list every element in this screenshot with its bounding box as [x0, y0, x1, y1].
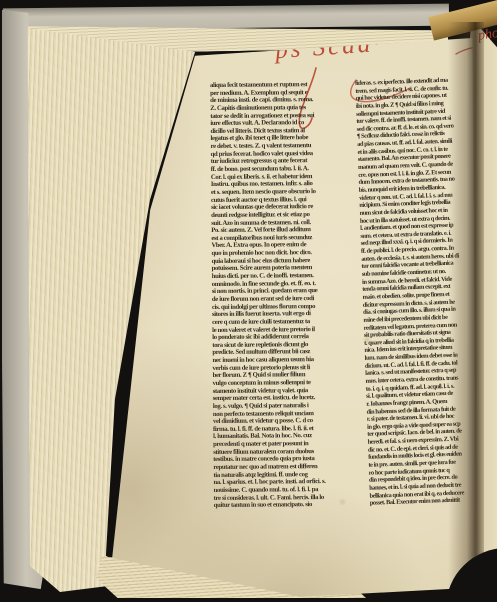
text-column-right: fideras. s. ex iperfecto. ille extendit … [355, 76, 492, 508]
text-line: quitur tantum in suo et emancipato. sio [214, 501, 362, 510]
book-photograph: ps Scda· aliqua fecit testamentum et rup… [0, 0, 497, 602]
text-column-left: aliqua fecit testamentum et ruptum estpe… [210, 81, 362, 510]
book-cover-top-edge [3, 4, 449, 31]
